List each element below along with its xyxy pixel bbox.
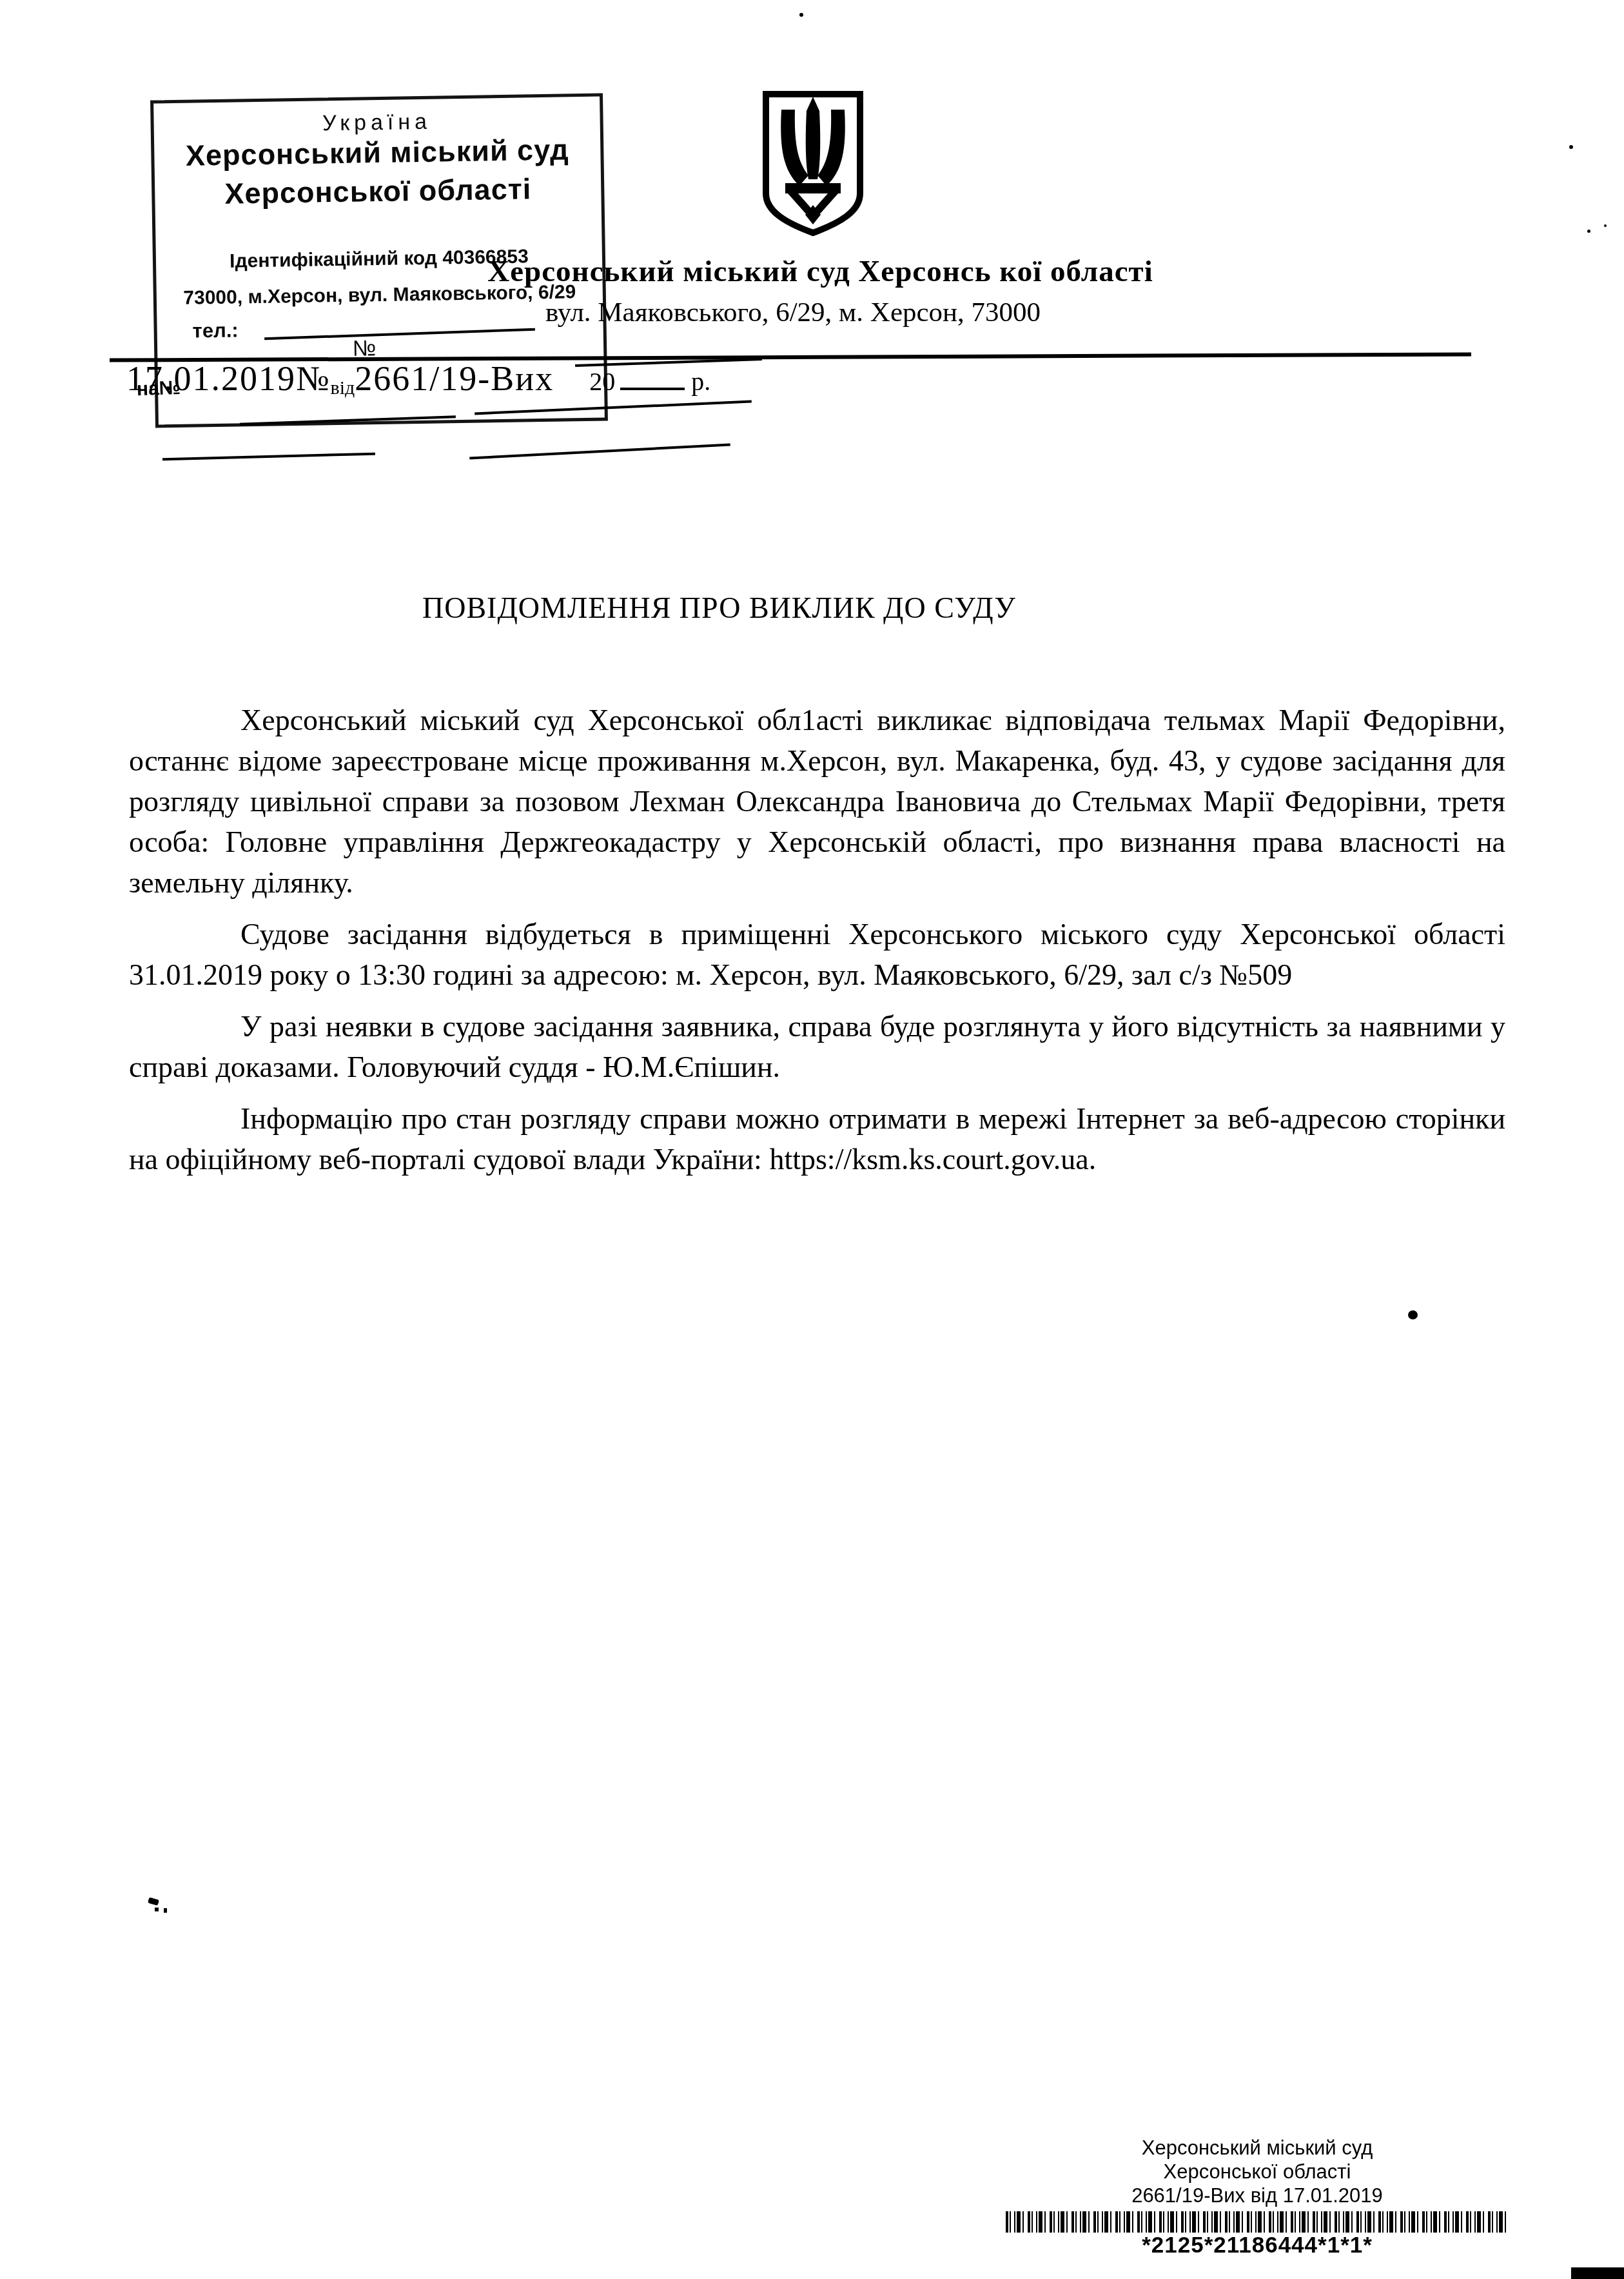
document-footer: Херсонський міський суд Херсонської обла…	[1006, 2136, 1509, 2257]
scan-corner-mark	[1571, 2267, 1624, 2279]
barcode	[1006, 2211, 1509, 2233]
footer-court-name: Херсонський міський суд	[1006, 2136, 1509, 2160]
body-paragraph: Херсонський міський суд Херсонської обл1…	[129, 700, 1505, 903]
ink-dot	[1408, 1310, 1418, 1319]
ref-outgoing-number: 2661/19-Вих	[355, 359, 554, 398]
scan-speck	[155, 1908, 159, 1911]
barcode-caption: *2125*21186444*1*1*	[1006, 2233, 1509, 2257]
scan-speck	[1569, 145, 1573, 149]
ref-year-blank	[620, 382, 685, 390]
header-court-address: вул. Маяковського, 6/29, м. Херсон, 7300…	[0, 297, 1586, 328]
body-paragraph: У разі неявки в судове засідання заявник…	[129, 1006, 1505, 1087]
footer-court-region: Херсонської області	[1006, 2160, 1509, 2184]
scan-speck	[148, 1897, 159, 1906]
ref-year-suffix: р.	[691, 367, 710, 396]
scan-artifact-line	[162, 453, 375, 461]
coat-of-arms-icon	[756, 86, 870, 242]
stamp-court-name: Херсонський міський суд	[154, 133, 601, 173]
scan-artifact-line	[469, 443, 730, 459]
document-body: Херсонський міський суд Херсонської обл1…	[129, 700, 1505, 1190]
body-paragraph: Інформацію про стан розгляду справи можн…	[129, 1098, 1505, 1179]
header-court-name: Херсонський міський суд Херсонсь кої обл…	[0, 254, 1624, 289]
scan-speck	[799, 13, 803, 17]
ref-vid-label: від	[331, 377, 355, 399]
scan-speck	[1587, 230, 1590, 233]
footer-doc-reference: 2661/19-Вих від 17.01.2019	[1006, 2184, 1509, 2207]
scan-speck	[1604, 224, 1607, 227]
stamp-court-region: Херсонської області	[155, 172, 602, 212]
body-paragraph: Судове засідання відбудеться в приміщенн…	[129, 914, 1505, 995]
ref-year-prefix: 20	[589, 367, 615, 396]
document-title: ПОВІДОМЛЕННЯ ПРО ВИКЛИК ДО СУДУ	[422, 591, 1016, 625]
scan-speck	[164, 1908, 167, 1913]
scanned-court-document: Україна Херсонський міський суд Херсонсь…	[0, 0, 1624, 2279]
stamp-na-number-label: на№	[136, 377, 181, 400]
